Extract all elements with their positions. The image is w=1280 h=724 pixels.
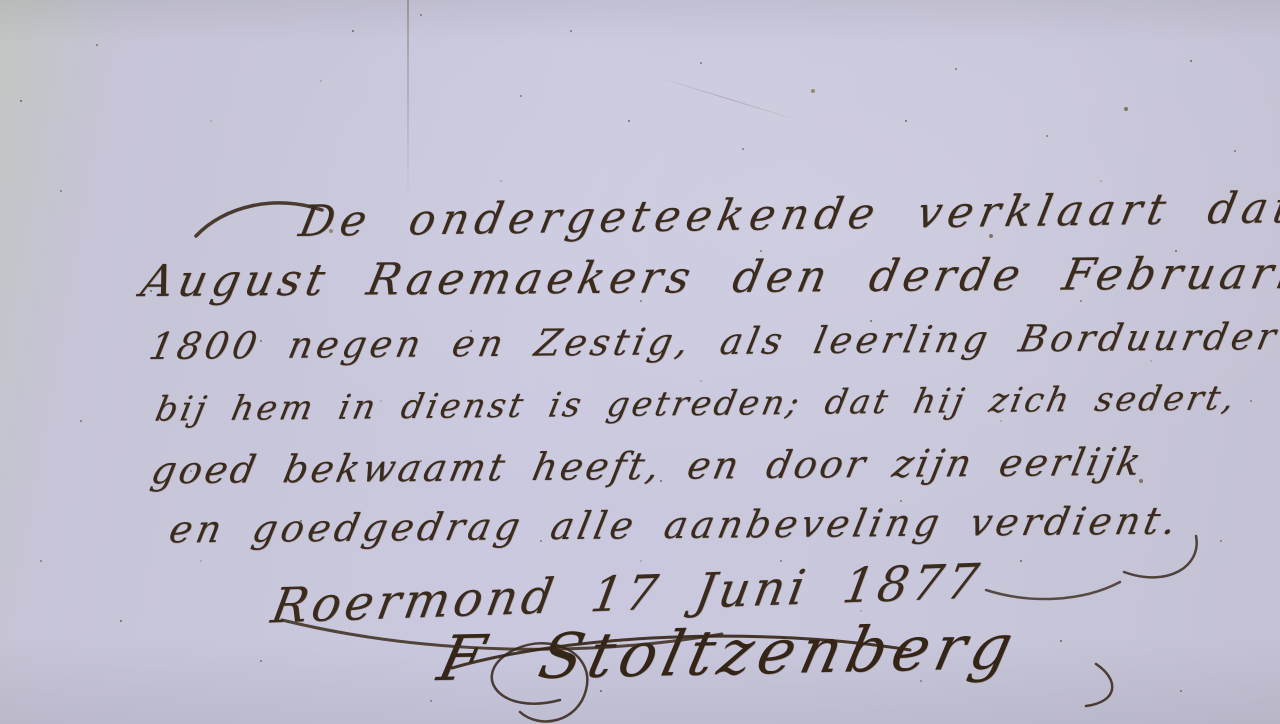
signature: F Stoltzenberg xyxy=(432,610,1026,695)
handwritten-line-6: en goedgedrag alle aanbeveling verdient. xyxy=(166,499,1185,552)
fold-crease xyxy=(407,0,409,200)
date-overline-flourish xyxy=(986,582,1120,599)
handwritten-line-4: bij hem in dienst is getreden; dat hij z… xyxy=(152,378,1241,429)
paper-speckles-light xyxy=(0,0,2,2)
paper-scratch xyxy=(655,76,799,121)
scanned-document-page: De ondergeteekende verklaart dat August … xyxy=(0,0,1280,724)
handwritten-line-5: goed bekwaamt heeft, en door zijn eerlij… xyxy=(148,440,1148,493)
handwritten-line-3: 1800 negen en Zestig, als leerling Bordu… xyxy=(146,315,1280,368)
handwritten-line-2: August Raemaekers den derde Februarij xyxy=(137,248,1280,307)
signature-end-tail-flourish xyxy=(1086,664,1112,706)
handwritten-line-1: De ondergeteekende verklaart dat xyxy=(295,183,1280,247)
